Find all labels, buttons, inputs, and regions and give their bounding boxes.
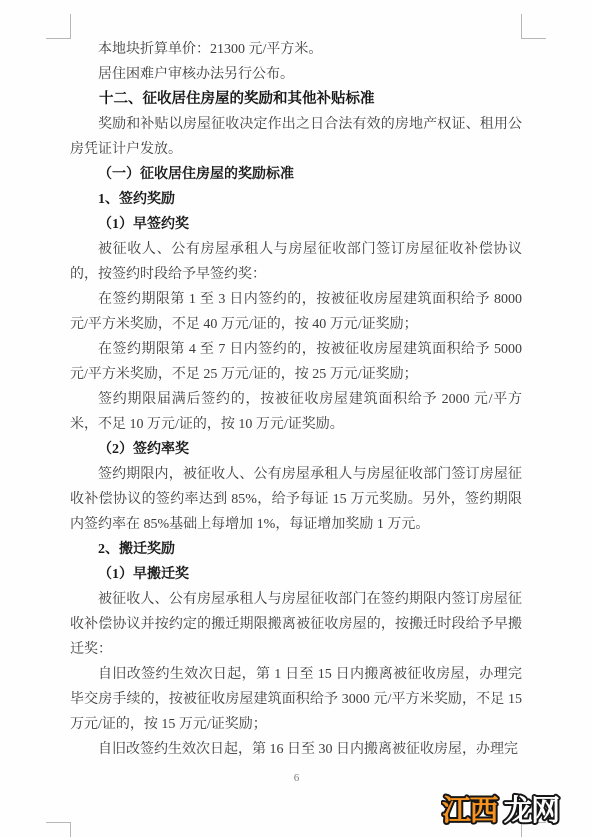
- crop-mark-bottom-left: [46, 822, 71, 837]
- paragraph: 在签约期限第 4 至 7 日内签约的，按被征收房屋建筑面积给予 5000 元/平…: [70, 337, 522, 387]
- item-heading: （2）签约率奖: [70, 437, 522, 462]
- document-page: 本地块折算单价：21300 元/平方米。居住困难户审核办法另行公布。十二、征收居…: [0, 0, 593, 837]
- subsection-heading: （一）征收居住房屋的奖励标准: [70, 162, 522, 187]
- item-heading: （1）早签约奖: [70, 212, 522, 237]
- document-body: 本地块折算单价：21300 元/平方米。居住困难户审核办法另行公布。十二、征收居…: [70, 37, 522, 762]
- paragraph: 被征收人、公有房屋承租人与房屋征收部门签订房屋征收补偿协议的，按签约时段给予早签…: [70, 237, 522, 287]
- paragraph: 在签约期限第 1 至 3 日内签约的，按被征收房屋建筑面积给予 8000 元/平…: [70, 287, 522, 337]
- section-heading: 十二、征收居住房屋的奖励和其他补贴标准: [70, 87, 522, 112]
- crop-mark-top-right: [521, 14, 546, 39]
- paragraph: 自旧改签约生效次日起，第 1 日至 15 日内搬离被征收房屋，办理完毕交房手续的…: [70, 662, 522, 737]
- item-heading: 1、签约奖励: [70, 187, 522, 212]
- item-heading: 2、搬迁奖励: [70, 537, 522, 562]
- crop-mark-top-left: [46, 14, 71, 39]
- site-watermark: 江西 龙网: [441, 790, 563, 830]
- paragraph: 自旧改签约生效次日起，第 16 日至 30 日内搬离被征收房屋，办理完: [70, 737, 522, 762]
- page-number: 6: [0, 772, 593, 784]
- paragraph: 签约期限内，被征收人、公有房屋承租人与房屋征收部门签订房屋征收补偿协议的签约率达…: [70, 462, 522, 537]
- watermark-text: 江西 龙网: [442, 794, 559, 827]
- paragraph: 奖励和补贴以房屋征收决定作出之日合法有效的房地产权证、租用公房凭证计户发放。: [70, 112, 522, 162]
- paragraph: 签约期限届满后签约的，按被征收房屋建筑面积给予 2000 元/平方米，不足 10…: [70, 387, 522, 437]
- paragraph: 被征收人、公有房屋承租人与房屋征收部门在签约期限内签订房屋征收补偿协议并按约定的…: [70, 587, 522, 662]
- paragraph: 本地块折算单价：21300 元/平方米。: [70, 37, 522, 62]
- item-heading: （1）早搬迁奖: [70, 562, 522, 587]
- paragraph: 居住困难户审核办法另行公布。: [70, 62, 522, 87]
- watermark-text-right: 龙网: [504, 794, 560, 827]
- watermark-text-left: 江西: [442, 794, 499, 827]
